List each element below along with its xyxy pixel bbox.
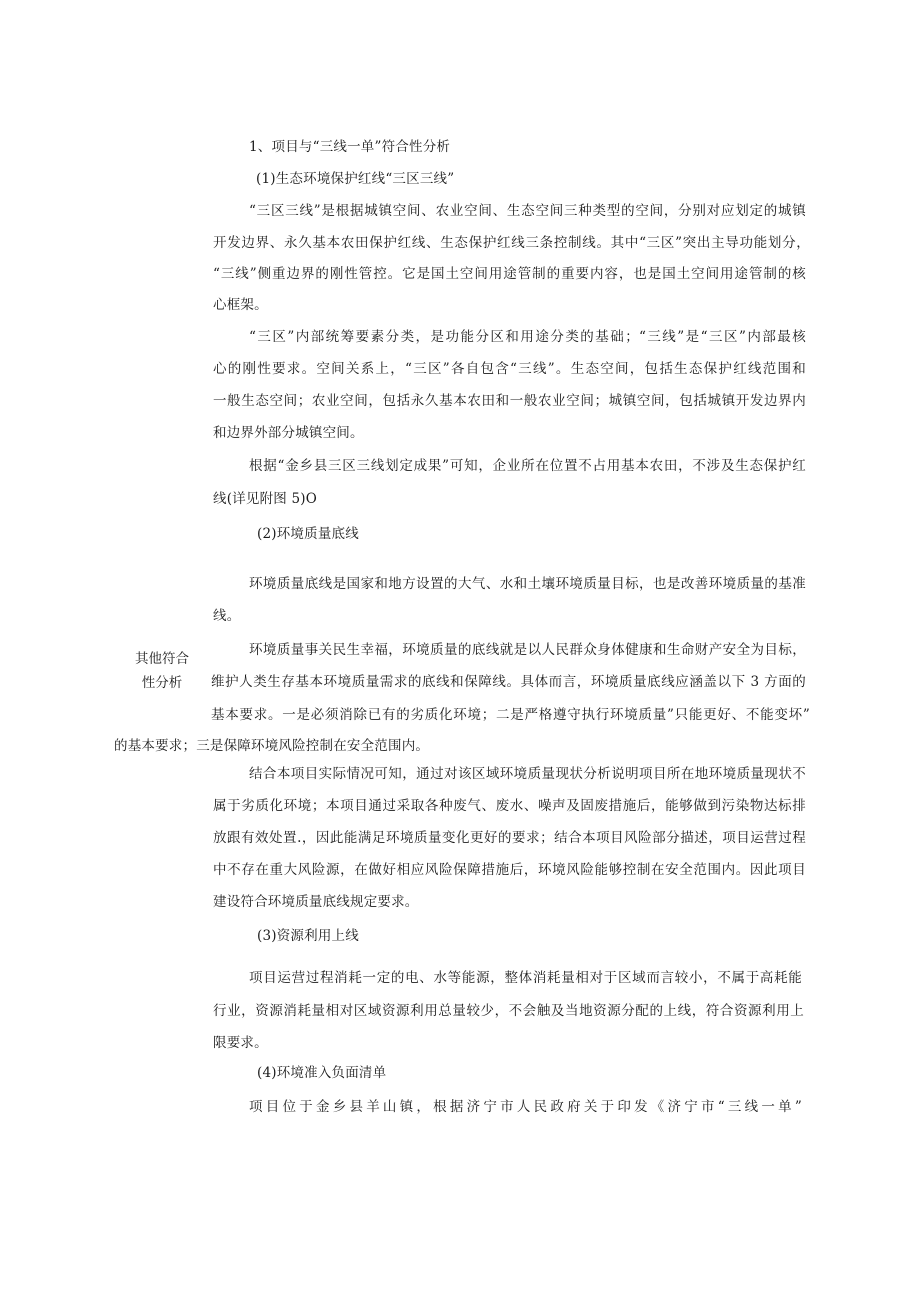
s2-p1-line-2: 线。 bbox=[213, 607, 240, 625]
side-label-line-1: 其他符合 bbox=[122, 650, 202, 668]
section-4-title: (4)环境准入负面清单 bbox=[257, 1064, 386, 1082]
s1-p2-line-4: 和边界外部分城镇空间。 bbox=[213, 424, 364, 442]
s2-p1-line-1: 环境质量底线是国家和地方设置的大气、水和土壤环境质量目标，也是改善环境质量的基准 bbox=[249, 575, 806, 593]
s3-p1-line-2: 行业，资源消耗量相对区域资源利用总量较少，不会触及当地资源分配的上线，符合资源利… bbox=[213, 1002, 804, 1020]
s2-p3-line-1: 结合本项目实际情况可知，通过对该区域环境质量现状分析说明项目所在地环境质量现状不 bbox=[249, 765, 806, 783]
side-label: 其他符合 性分析 bbox=[122, 650, 202, 692]
s1-p3-line-1: 根据“金乡县三区三线划定成果”可知，企业所在位置不占用基本农田，不涉及生态保护红 bbox=[249, 457, 806, 475]
s1-p2-line-2: 心的刚性要求。空间关系上，“三区”各自包含“三线”。生态空间，包括生态保护红线范… bbox=[213, 360, 806, 378]
s2-p2-line-4: 的基本要求；三是保障环境风险控制在安全范围内。 bbox=[114, 737, 429, 755]
s2-p3-line-5: 建设符合环境质量底线规定要求。 bbox=[213, 893, 419, 911]
s1-p1-line-3: “三线”侧重边界的刚性管控。它是国土空间用途管制的重要内容，也是国土空间用途管制… bbox=[213, 265, 806, 283]
s1-p1-line-2: 开发边界、永久基本农田保护红线、生态保护红线三条控制线。其中“三区”突出主导功能… bbox=[213, 234, 810, 252]
section-heading: 1、项目与“三线一单”符合性分析 bbox=[249, 138, 450, 156]
s2-p2-line-3: 基本要求。一是必须消除已有的劣质化环境；二是严格遵守执行环境质量”只能更好、不能… bbox=[211, 706, 810, 724]
s2-p3-line-2: 属于劣质化环境；本项目通过采取各种废气、废水、噪声及固废措施后，能够做到污染物达… bbox=[213, 797, 806, 815]
s1-p1-line-4: 心框架。 bbox=[213, 296, 268, 314]
s4-p1-line-1: 项目位于金乡县羊山镇，根据济宁市人民政府关于印发《济宁市“三线一单” bbox=[249, 1098, 802, 1116]
side-label-line-2: 性分析 bbox=[122, 674, 202, 692]
section-1-title: (1)生态环境保护红线“三区三线” bbox=[256, 170, 454, 188]
s1-p2-line-3: 一般生态空间；农业空间，包括永久基本农田和一般农业空间；城镇空间，包括城镇开发边… bbox=[213, 392, 806, 410]
s1-p1-line-1: “三区三线”是根据城镇空间、农业空间、生态空间三种类型的空间，分别对应划定的城镇 bbox=[249, 202, 806, 220]
section-2-title: (2)环境质量底线 bbox=[257, 525, 359, 543]
s2-p3-line-3: 放跟有效处置.，因此能满足环境质量变化更好的要求；结合本项目风险部分描述，项目运… bbox=[213, 829, 806, 847]
s2-p2-line-1: 环境质量事关民生幸福，环境质量的底线就是以人民群众身体健康和生命财产安全为目标， bbox=[249, 641, 806, 659]
s1-p2-line-1: “三区”内部统筹要素分类，是功能分区和用途分类的基础；“三线”是“三区”内部最核 bbox=[249, 328, 806, 346]
s3-p1-line-1: 项目运营过程消耗一定的电、水等能源，整体消耗量相对于区域而言较小，不属于高耗能 bbox=[249, 969, 802, 987]
s2-p2-line-2: 维护人类生存基本环境质量需求的底线和保障线。具体而言，环境质量底线应涵盖以下 3… bbox=[211, 673, 806, 691]
s1-p3-line-2: 线(详见附图 5)O bbox=[213, 490, 317, 508]
s3-p1-line-3: 限要求。 bbox=[213, 1034, 268, 1052]
s2-p3-line-4: 中不存在重大风险源，在做好相应风险保障措施后，环境风险能够控制在安全范围内。因此… bbox=[213, 861, 806, 879]
section-3-title: (3)资源利用上线 bbox=[257, 927, 359, 945]
